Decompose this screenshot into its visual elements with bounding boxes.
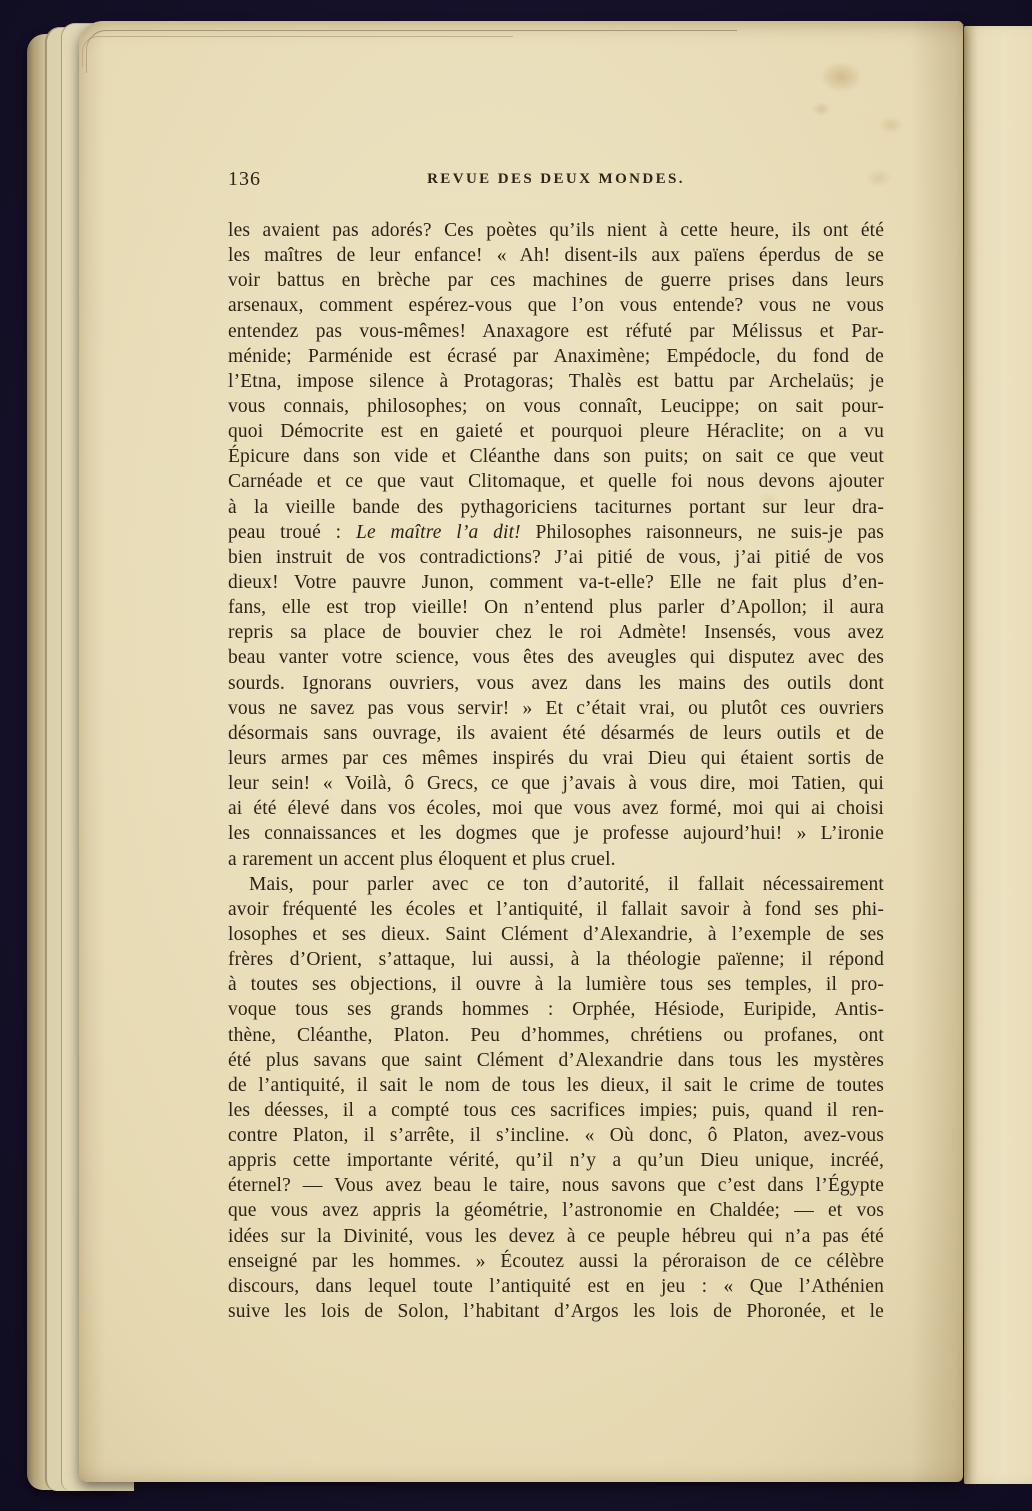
text-line: leurs armes par ces mêmes inspirés du vr… — [228, 746, 884, 771]
text-line: quoi Démocrite est en gaieté et pourquoi… — [228, 419, 884, 444]
text-line: de l’antiquité, il sait le nom de tous l… — [228, 1073, 884, 1098]
text-line: contre Platon, il s’arrête, il s’incline… — [228, 1123, 884, 1148]
text-line: arsenaux, comment espérez-vous que l’on … — [228, 293, 884, 318]
text-line: discours, dans lequel toute l’antiquité … — [228, 1274, 884, 1299]
underpage-edge — [82, 36, 513, 67]
running-head: 136 REVUE DES DEUX MONDES. — [228, 168, 884, 196]
text-line: sourds. Ignorans ouvriers, vous avez dan… — [228, 671, 884, 696]
text-line: beau vanter votre science, vous êtes des… — [228, 645, 884, 670]
text-line: bien instruit de vos contradictions? J’a… — [228, 545, 884, 570]
text-line: vous ne savez pas vous servir! » Et c’ét… — [228, 696, 884, 721]
text-line: à toutes ses objections, il ouvre à la l… — [228, 972, 884, 997]
text-line: a rarement un accent plus éloquent et pl… — [228, 847, 884, 872]
text-line: les déesses, il a compté tous ces sacrif… — [228, 1098, 884, 1123]
text-line: que vous avez appris la géométrie, l’ast… — [228, 1198, 884, 1223]
text-line: thène, Cléanthe, Platon. Peu d’hommes, c… — [228, 1023, 884, 1048]
text-line: dieux! Votre pauvre Junon, comment va-t-… — [228, 570, 884, 595]
text-line: repris sa place de bouvier chez le roi A… — [228, 620, 884, 645]
text-line: losophes et ses dieux. Saint Clément d’A… — [228, 922, 884, 947]
text-line: vous connais, philosophes; on vous conna… — [228, 394, 884, 419]
text-line: désormais sans ouvrage, ils avaient été … — [228, 721, 884, 746]
text-line: l’Etna, impose silence à Protagoras; Tha… — [228, 369, 884, 394]
text-line: éternel? — Vous avez beau le taire, nous… — [228, 1173, 884, 1198]
text-line: frères d’Orient, s’attaque, lui aussi, à… — [228, 947, 884, 972]
text-line: fans, elle est trop vieille! On n’entend… — [228, 595, 884, 620]
text-line: avoir fréquenté les écoles et l’antiquit… — [228, 897, 884, 922]
running-title: REVUE DES DEUX MONDES. — [228, 168, 884, 188]
page-number: 136 — [228, 168, 261, 191]
text-line: suive les lois de Solon, l’habitant d’Ar… — [228, 1299, 884, 1324]
book-page: 136 REVUE DES DEUX MONDES. les avaient p… — [79, 21, 963, 1482]
text-line: appris cette importante vérité, qu’il n’… — [228, 1148, 884, 1173]
next-page-edge — [964, 26, 1032, 1484]
text-line: voque tous ses grands hommes : Orphée, H… — [228, 997, 884, 1022]
text-line: entendez pas vous-mêmes! Anaxagore est r… — [228, 319, 884, 344]
text-line: voir battus en brèche par ces machines d… — [228, 268, 884, 293]
text-line: à la vieille bande des pythagoriciens ta… — [228, 495, 884, 520]
text-line: leur sein! « Voilà, ô Grecs, ce que j’av… — [228, 771, 884, 796]
text-line: Carnéade et ce que vaut Clitomaque, et q… — [228, 469, 884, 494]
text-line: les avaient pas adorés? Ces poètes qu’il… — [228, 218, 884, 243]
text-line: enseigné par les hommes. » Écoutez aussi… — [228, 1249, 884, 1274]
text-line: peau troué : Le maître l’a dit! Philosop… — [228, 520, 884, 545]
text-line: été plus savans que saint Clément d’Alex… — [228, 1048, 884, 1073]
text-line: les connaissances et les dogmes que je p… — [228, 821, 884, 846]
text-line: idées sur la Divinité, vous les devez à … — [228, 1224, 884, 1249]
book-photo: 136 REVUE DES DEUX MONDES. les avaient p… — [0, 0, 1032, 1511]
page-body: les avaient pas adorés? Ces poètes qu’il… — [228, 218, 884, 1324]
text-line: Épicure dans son vide et Cléanthe dans s… — [228, 444, 884, 469]
print-area: 136 REVUE DES DEUX MONDES. les avaient p… — [228, 168, 884, 1324]
text-line: ai été élevé dans vos écoles, moi que vo… — [228, 796, 884, 821]
text-line: les maîtres de leur enfance! « Ah! disen… — [228, 243, 884, 268]
text-line: Mais, pour parler avec ce ton d’autorité… — [228, 872, 884, 897]
text-line: ménide; Parménide est écrasé par Anaximè… — [228, 344, 884, 369]
